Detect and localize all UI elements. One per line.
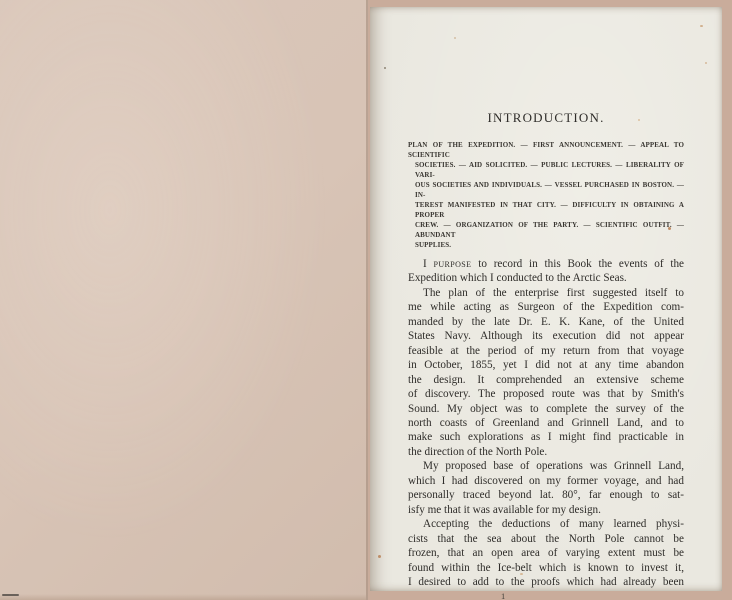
paragraph-opening-word: I (423, 258, 427, 270)
text-line: isfy me that it was available for my des… (408, 503, 684, 517)
text-line: me while acting as Surgeon of the Expedi… (408, 300, 684, 314)
chapter-title: INTRODUCTION. (408, 111, 684, 125)
text-line: the design. It comprehended an extensive… (408, 373, 684, 387)
text-line: of discovery. The proposed route was tha… (408, 387, 684, 401)
book-scan: INTRODUCTION. PLAN OF THE EXPEDITION. — … (0, 0, 732, 600)
paragraph-4: Accepting the deductions of many learned… (408, 517, 684, 589)
text-span: to record in this Book the events of the (471, 258, 684, 270)
synopsis-line: OUS SOCIETIES AND INDIVIDUALS. — VESSEL … (408, 180, 684, 200)
text-line: I purpose to record in this Book the eve… (408, 257, 684, 271)
text-line: the direction of the North Pole. (408, 445, 684, 459)
text-line: My proposed base of operations was Grinn… (408, 459, 684, 473)
text-block: INTRODUCTION. PLAN OF THE EXPEDITION. — … (408, 7, 684, 600)
foxing-speck (700, 25, 703, 27)
chapter-body: I purpose to record in this Book the eve… (408, 257, 684, 589)
text-line: frozen, that an open area of varying ext… (408, 546, 684, 560)
foxing-speck (384, 67, 386, 69)
text-line: The plan of the enterprise first suggest… (408, 286, 684, 300)
paragraph-1: I purpose to record in this Book the eve… (408, 257, 684, 286)
text-line: Accepting the deductions of many learned… (408, 517, 684, 531)
text-line: I desired to add to the proofs which had… (408, 575, 684, 589)
chapter-synopsis: PLAN OF THE EXPEDITION. — FIRST ANNOUNCE… (408, 140, 684, 250)
paragraph-2: The plan of the enterprise first suggest… (408, 286, 684, 459)
synopsis-line: CREW. — ORGANIZATION OF THE PARTY. — SCI… (408, 220, 684, 240)
synopsis-line: SOCIETIES. — AID SOLICITED. — PUBLIC LEC… (408, 160, 684, 180)
text-line: States Navy. Although its execution did … (408, 329, 684, 343)
left-page-blank (0, 0, 368, 600)
synopsis-line: SUPPLIES. (408, 240, 684, 250)
paragraph-3: My proposed base of operations was Grinn… (408, 459, 684, 517)
text-line: make such explorations as I might find p… (408, 430, 684, 444)
page-number: 1 (408, 591, 684, 600)
text-line: which I had discovered on my former voya… (408, 474, 684, 488)
text-line: Sound. My object was to complete the sur… (408, 402, 684, 416)
foxing-speck (378, 555, 381, 558)
synopsis-line: TEREST MANIFESTED IN THAT CITY. — DIFFIC… (408, 200, 684, 220)
text-line: manded by the late Dr. E. K. Kane, of th… (408, 315, 684, 329)
text-line: found within the Ice-belt which is known… (408, 561, 684, 575)
text-line: in October, 1855, yet I did not at any t… (408, 358, 684, 372)
text-line: personally traced beyond lat. 80°, far e… (408, 488, 684, 502)
synopsis-line: PLAN OF THE EXPEDITION. — FIRST ANNOUNCE… (408, 140, 684, 160)
text-line: feasible at the period of my return from… (408, 344, 684, 358)
text-line: north coasts of Greenland and Grinnell L… (408, 416, 684, 430)
paragraph-opening-smallcaps: purpose (434, 258, 472, 270)
page-bottom-edge (0, 594, 366, 600)
right-page: INTRODUCTION. PLAN OF THE EXPEDITION. — … (370, 7, 722, 591)
text-line: cists that the sea about the North Pole … (408, 532, 684, 546)
foxing-speck (705, 62, 707, 64)
ink-smudge (2, 594, 19, 596)
text-line: Expedition which I conducted to the Arct… (408, 271, 684, 285)
